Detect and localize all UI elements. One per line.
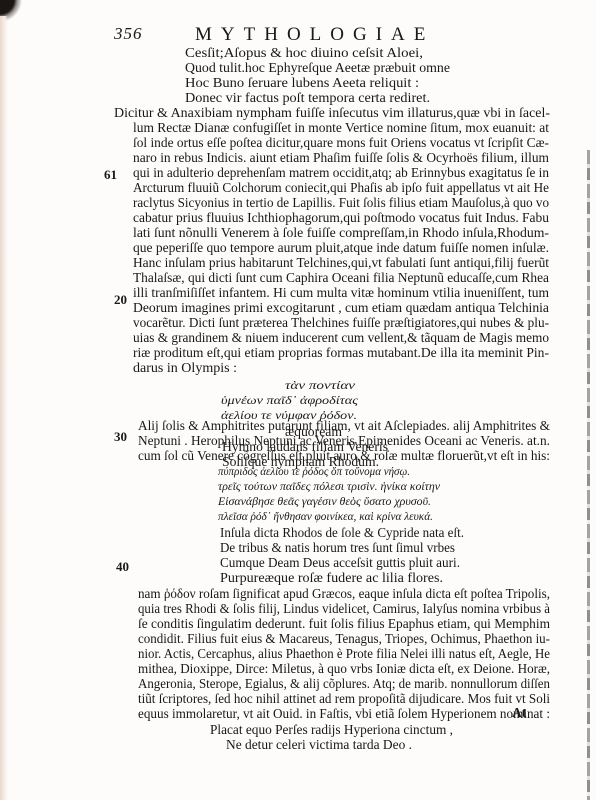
text-line: naro in rebus Indicis. aiunt etiam Phaſi… — [133, 150, 549, 165]
text-line: Cesſit;Aſopus & hoc diuino ceſsit Aloei, — [185, 45, 423, 60]
text-line: uias & grandinem & niuem inducerent cum … — [133, 330, 549, 345]
text-line: De tribus & natis horum tres ſunt ſimul … — [220, 540, 455, 555]
text-line: Cumque Deam Deus acceſsit guttis pluit a… — [220, 555, 460, 570]
text-line: Quod tulit.hoc Ephyreſque Aeetæ præbuit … — [185, 60, 450, 75]
running-title: MYTHOLOGIAE — [195, 24, 434, 46]
text-line: Hoc Buno ſeruare lubens Aeeta reliquit : — [185, 75, 419, 90]
text-line: Arcturum fluuiũ Colchorum coniecit,qui P… — [133, 180, 549, 195]
page-number: 356 — [114, 24, 143, 44]
text-line: Hanc inſulam prius habitarunt Telchines,… — [133, 255, 549, 270]
greek-verse-line: ὑμνέων παῖδ᾽ ἀφροδίτας — [221, 393, 358, 408]
text-line: Inſula dicta Rhodos de ſole & Cypride na… — [220, 525, 464, 540]
text-line: Purpureæque roſæ fudere ac lilia flores. — [220, 570, 443, 585]
greek-verse-line: τὰν ποντίαν — [285, 378, 355, 393]
text-line: lum Rectæ Dianæ confugiſſet in monte Ver… — [133, 120, 549, 135]
text-line: Thalaſsæ, qui dicti ſunt cum Caphira Oce… — [133, 270, 549, 285]
text-line: condidit. Filius fuit eius & Macareus, T… — [138, 631, 550, 646]
text-line: nam ῥόδον roſam ſignificat apud Græcos, … — [138, 586, 550, 601]
text-line: Ne detur celeri victima tarda Deo . — [226, 737, 412, 752]
greek-verse-line: τρεῖς τούτων παῖδες πόλεσι τρισὶν. ἡνίκα… — [218, 479, 440, 494]
text-line: Deorum imagines primi excogitarunt , cum… — [133, 300, 549, 315]
text-line: lati ſunt nõnulli Venerem à ſole fuiſſe … — [133, 225, 549, 240]
text-line: Angeronia, Sterope, Egialus, & alij cõpl… — [138, 676, 550, 691]
text-line: riæ proditum eſt,qui etiam proprias form… — [133, 345, 549, 360]
text-line: qui in adulterio deprehenſam matrem occi… — [133, 165, 549, 180]
text-line: tiũt ſcriptores, ſed hoc nihil attinet a… — [138, 691, 550, 706]
text-line: quia tres Rhodi & ſolis filij, Lindus vi… — [138, 601, 550, 616]
text-line: equus immolaretur, vt ait Ouid. in Faſti… — [138, 706, 550, 721]
margin-line-number: 20 — [114, 292, 127, 308]
margin-line-number: 30 — [114, 429, 127, 445]
page-right-edge — [587, 150, 590, 800]
text-line: cum ſol cũ Venere cõgreſſus eſt pluit au… — [138, 448, 550, 463]
greek-verse-line: πύπριδος ἀελίου τε ῥόδος ὅπ τοὔνομα νήσῳ… — [218, 464, 410, 479]
text-line: nior. Actis, Cercaphus, alius Phaethon è… — [138, 646, 550, 661]
margin-line-number: 40 — [116, 559, 129, 575]
text-line: vocarẽtur. Dicti ſunt præterea Thelchine… — [133, 315, 549, 330]
text-line: darus in Olympis : — [133, 360, 237, 375]
text-line: que peperiſſe quo tempore aurum pluit,at… — [133, 240, 549, 255]
page-header: 356 MYTHOLOGIAE — [114, 24, 554, 46]
text-line: cabatur prius fluuius Ichthiophagorum,qu… — [133, 210, 549, 225]
book-page: 356 MYTHOLOGIAE 61203040 Cesſit;Aſopus &… — [0, 0, 596, 800]
text-line: Alij ſolis & Amphitrites putarunt filiam… — [138, 418, 550, 433]
text-line: Placat equo Perſes radijs Hyperiona cinc… — [210, 722, 453, 737]
greek-verse-line: πλεῖσα ῥόδ᾽ ἤνθησαν φοινίκεα, καὶ κρίνα … — [218, 509, 433, 524]
text-line: illi tranſmiſiſſet infantem. Hi cum mult… — [133, 285, 549, 300]
greek-verse-line: Εἰσανάβησε θεᾶς γαγέσιν θεὸς ὕσατο χρυσο… — [218, 494, 431, 509]
catchword: At — [512, 705, 526, 721]
text-line: Dicitur & Anaxibiam nympham fuiſſe inſec… — [114, 105, 550, 120]
text-line: Neptuni . Herophilus Neptuni ac Veneris.… — [138, 433, 550, 448]
margin-line-number: 61 — [104, 167, 117, 183]
text-line: ſe conditis ſingulatim dederunt. fuit ſo… — [138, 616, 550, 631]
text-line: raclytus Sicyonius in tertio de Lapillis… — [133, 195, 549, 210]
text-line: ſol inde ortus eſſe poſtea dicitur,quare… — [133, 135, 549, 150]
page-left-edge — [0, 16, 8, 800]
text-line: mithea, Dioxippe, Dirce: Miletus, à quo … — [138, 661, 550, 676]
text-line: Donec vir factus poſt tempora certa redi… — [185, 90, 430, 105]
